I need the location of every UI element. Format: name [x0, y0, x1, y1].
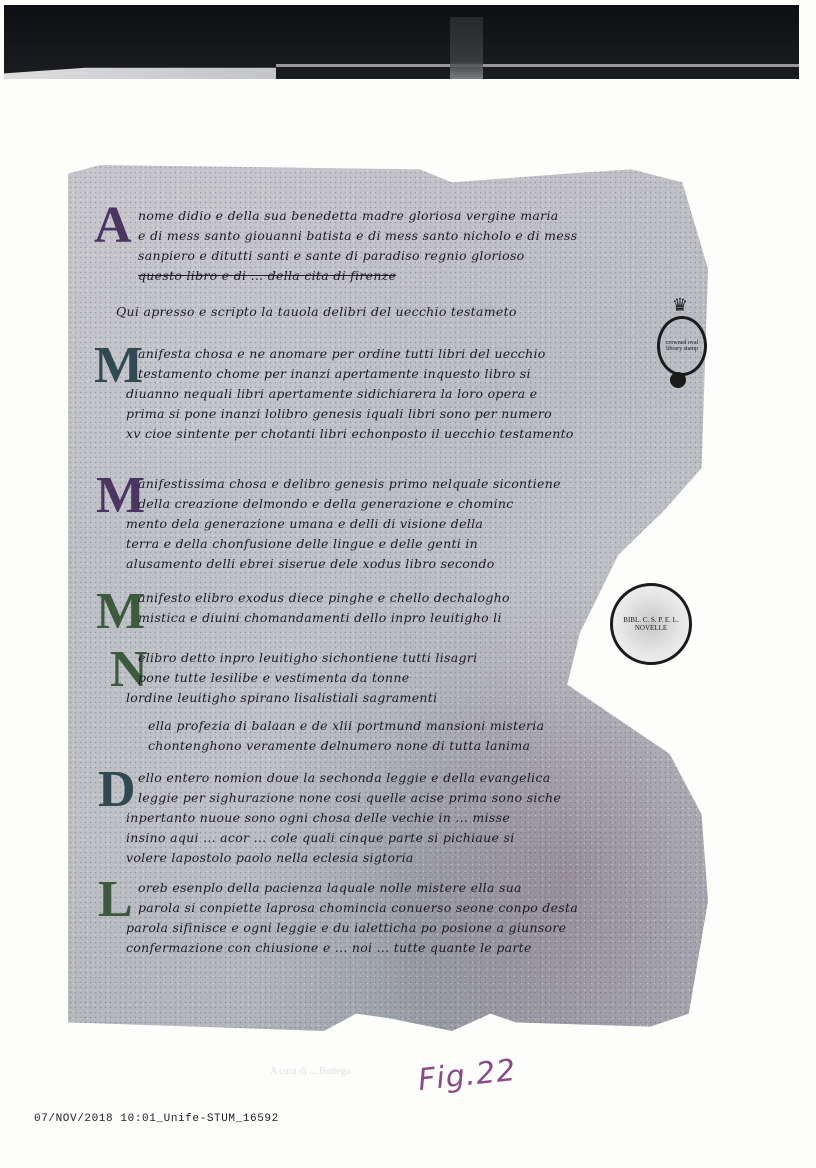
text-line: parola si conpiette laprosa chomincia co… — [96, 898, 696, 918]
text-line: ella profezia di balaan e de xlii portmu… — [96, 716, 696, 736]
text-line: lordine leuitigho spirano lisalistiali s… — [96, 688, 696, 708]
text-line-struck: questo libro e di ... della cita di fire… — [96, 266, 696, 286]
faint-caption: A cura di ... Bottega — [270, 1066, 350, 1077]
text-line: chontenghono veramente delnumero none di… — [96, 736, 696, 756]
text-line: Qui apresso e scripto la tauola delibri … — [96, 302, 696, 322]
paragraph-leviticus: elibro detto inpro leuitigho sichontiene… — [96, 648, 696, 708]
text-line: anifesta chosa e ne anomare per ordine t… — [96, 344, 696, 364]
torn-paper-edge — [4, 65, 276, 79]
text-line: terra e della chonfusione delle lingue e… — [96, 534, 696, 554]
text-line: sanpiero e ditutti santi e sante di para… — [96, 246, 696, 266]
text-line: della creazione delmondo e della generaz… — [96, 494, 696, 514]
text-line: alusamento delli ebrei siserue dele xodu… — [96, 554, 696, 574]
paragraph-old-testament: anifesta chosa e ne anomare per ordine t… — [96, 344, 696, 444]
text-line: parola sifinisce e ogni leggie e du iale… — [96, 918, 696, 938]
text-line: mento dela generazione umana e delli di … — [96, 514, 696, 534]
paragraph-deuteronomy: ello entero nomion doue la sechonda legg… — [96, 768, 696, 868]
stamp-seal-drop-icon — [670, 372, 686, 388]
text-line: anifesto elibro exodus diece pinghe e ch… — [96, 588, 696, 608]
text-line: oreb esenplo della pacienza laquale noll… — [96, 878, 696, 898]
text-line: xv cioe sintente per chotanti libri echo… — [96, 424, 696, 444]
table-of-contents-heading: Qui apresso e scripto la tauola delibri … — [96, 302, 696, 322]
figure-label: Fig.22 — [416, 1053, 517, 1098]
text-line: volere lapostolo paolo nella eclesia sig… — [96, 848, 696, 868]
text-line: pone tutte lesilibe e vestimenta da tonn… — [96, 668, 696, 688]
paragraph-invocation: nome didio e della sua benedetta madre g… — [96, 206, 696, 286]
scanner-top-margin — [4, 5, 799, 79]
round-library-stamp: BIBL. C. S. P. E. L. NOVELLE — [610, 583, 692, 665]
text-line: nome didio e della sua benedetta madre g… — [96, 206, 696, 226]
paragraph-genesis: anifestissima chosa e delibro genesis pr… — [96, 474, 696, 574]
text-line: e di mess santo giouanni batista e di me… — [96, 226, 696, 246]
paragraph-numbers: ella profezia di balaan e de xlii portmu… — [96, 716, 696, 756]
text-line: elibro detto inpro leuitigho sichontiene… — [96, 648, 696, 668]
text-line: mistica e diuini chomandamenti dello inp… — [96, 608, 696, 628]
text-line: confermazione con chiusione e ... noi ..… — [96, 938, 696, 958]
crown-icon: ♛ — [660, 296, 700, 316]
text-line: ello entero nomion doue la sechonda legg… — [96, 768, 696, 788]
paper-edge-line — [276, 64, 799, 67]
paragraph-exodus: anifesto elibro exodus diece pinghe e ch… — [96, 588, 696, 628]
text-line: testamento chome per inanzi apertamente … — [96, 364, 696, 384]
text-line: anifestissima chosa e delibro genesis pr… — [96, 474, 696, 494]
scan-identifier: 07/NOV/2018 10:01_Unife-STUM_16592 — [34, 1113, 279, 1125]
text-line: leggie per sighurazione none cosi quelle… — [96, 788, 696, 808]
paragraph-job: oreb esenplo della pacienza laquale noll… — [96, 878, 696, 958]
text-line: insino aqui ... acor ... cole quali cinq… — [96, 828, 696, 848]
text-line: prima si pone inanzi lolibro genesis iqu… — [96, 404, 696, 424]
text-line: inpertanto nuoue sono ogni chosa delle v… — [96, 808, 696, 828]
tape-strip — [450, 17, 483, 79]
text-line: diuanno nequali libri apertamente sidich… — [96, 384, 696, 404]
oval-library-stamp: crowned oval library stamp — [657, 316, 707, 376]
